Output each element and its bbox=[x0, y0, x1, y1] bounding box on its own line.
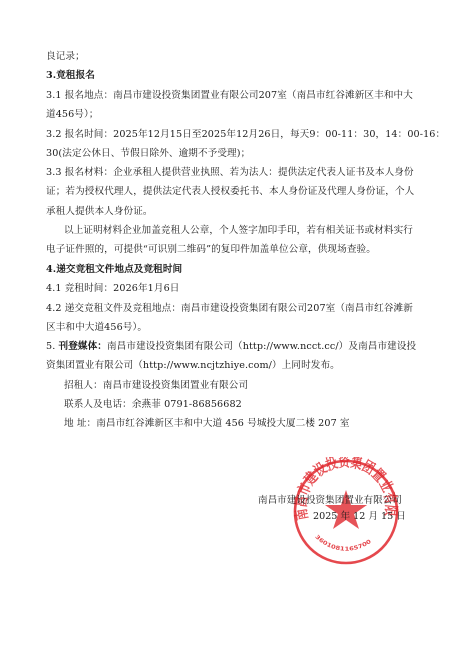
stamp-code: 3601081165700 bbox=[314, 534, 373, 553]
document-line: 4.2 递交竞租文件及竞租地点：南昌市建设投资集团有限公司207室（南昌市红谷滩… bbox=[46, 303, 413, 315]
document-line: 招租人：南昌市建设投资集团置业有限公司 bbox=[64, 380, 248, 392]
document-line: 4.1 竞租时间：2026年1月6日 bbox=[46, 283, 179, 295]
document-line: 5. 刊登媒体：南昌市建设投资集团有限公司（http://www.ncct.cc… bbox=[46, 341, 416, 353]
signature-company: 南昌市建设投资集团置业有限公司 bbox=[258, 495, 402, 507]
document-line: 3.3 报名材料：企业承租人提供营业执照、若为法人：提供法定代表人证书及本人身份 bbox=[46, 167, 414, 179]
document-line: 联系人及电话：余燕菲 0791-86856682 bbox=[64, 399, 242, 411]
document-line: 良记录； bbox=[46, 51, 85, 63]
document-line: 证；若为授权代理人，提供法定代表人授权委托书、本人身份证及代理人身份证，个人 bbox=[46, 186, 414, 198]
svg-text:3601081165700: 3601081165700 bbox=[314, 534, 373, 553]
document-line: 3.2 报名时间：2025年12月15日至2025年12月26日，每天9：00-… bbox=[46, 129, 445, 141]
document-line: 以上证明材料企业加盖竞租人公章，个人签字加印手印，若有相关证书或材料实行 bbox=[64, 225, 413, 237]
document-line: 30(法定公休日、节假日除外、逾期不予受理)； bbox=[46, 148, 250, 160]
document-line: 区丰和中大道456号）。 bbox=[46, 322, 147, 334]
document-line: 资集团置业有限公司（http://www.ncjtzhiye.com/）上同时发… bbox=[46, 360, 340, 372]
document-line: 地 址：南昌市红谷滩新区丰和中大道 456 号城投大厦二楼 207 室 bbox=[64, 418, 350, 430]
document-line: 道456号）； bbox=[46, 109, 99, 121]
document-line: 电子证件照的，可提供“可识别二维码”的复印件加盖单位公章，供现场查验。 bbox=[46, 244, 376, 256]
media-label: 刊登媒体： bbox=[59, 341, 107, 352]
document-line: 3.1 报名地点：南昌市建设投资集团置业有限公司207室（南昌市红谷滩新区丰和中… bbox=[46, 90, 413, 102]
document-line: 4.递交竞租文件地点及竞租时间 bbox=[46, 264, 182, 276]
document-line: 3.竞租报名 bbox=[46, 70, 95, 82]
document-line: 承租人提供本人身份证。 bbox=[46, 206, 153, 218]
signature-date: 2025 年 12 月 15 日 bbox=[313, 511, 406, 523]
